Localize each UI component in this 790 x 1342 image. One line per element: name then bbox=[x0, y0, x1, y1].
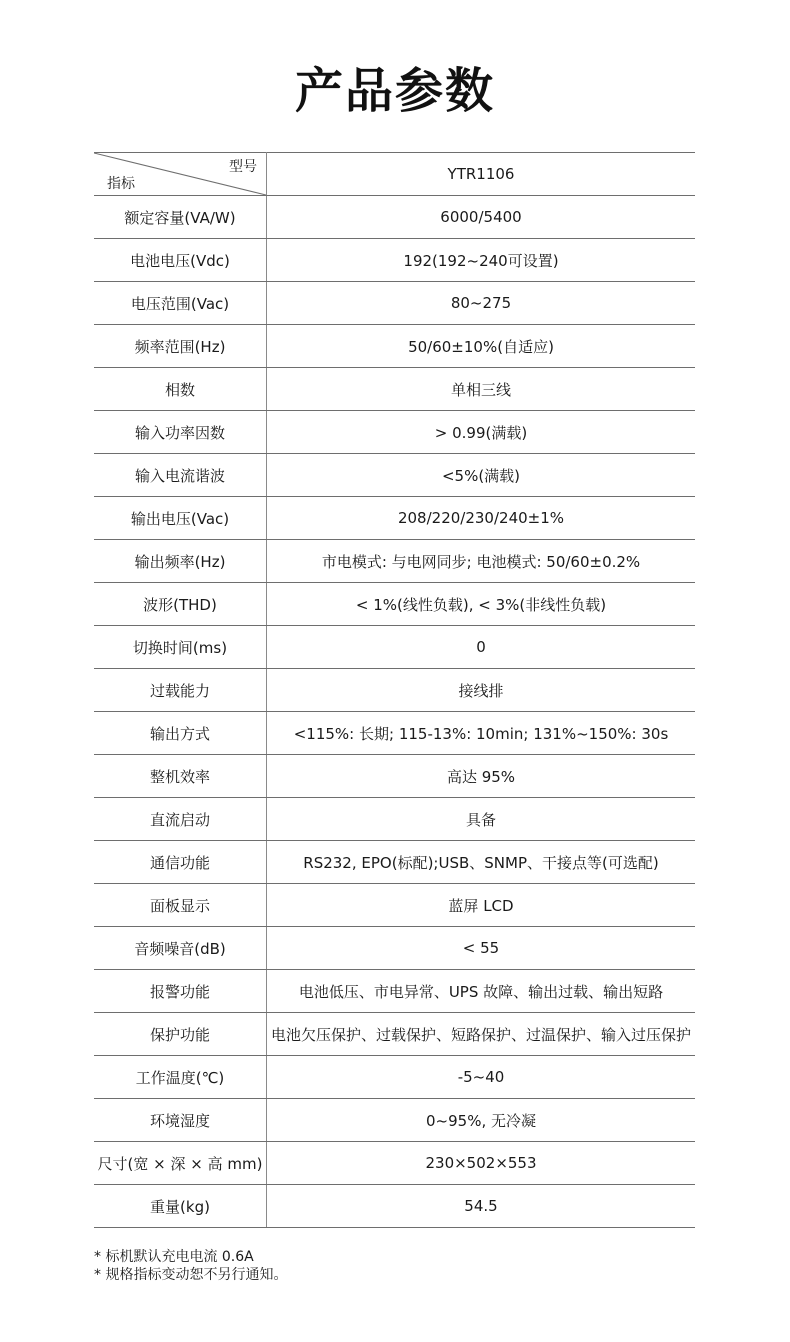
table-row: 重量(kg)54.5 bbox=[94, 1185, 695, 1228]
spec-value: 230×502×553 bbox=[267, 1142, 696, 1185]
table-row: 保护功能电池欠压保护、过载保护、短路保护、过温保护、输入过压保护 bbox=[94, 1013, 695, 1056]
table-row: 直流启动具备 bbox=[94, 798, 695, 841]
spec-label: 输出电压(Vac) bbox=[94, 497, 267, 540]
spec-value: 0 bbox=[267, 626, 696, 669]
spec-value: 50/60±10%(自适应) bbox=[267, 325, 696, 368]
table-row: 输出方式<115%: 长期; 115-13%: 10min; 131%~150%… bbox=[94, 712, 695, 755]
spec-value: > 0.99(满载) bbox=[267, 411, 696, 454]
table-row: 切换时间(ms)0 bbox=[94, 626, 695, 669]
spec-value: 蓝屏 LCD bbox=[267, 884, 696, 927]
spec-value: 市电模式: 与电网同步; 电池模式: 50/60±0.2% bbox=[267, 540, 696, 583]
table-row: 环境湿度0~95%, 无冷凝 bbox=[94, 1099, 695, 1142]
footnote: * 规格指标变动恕不另行通知。 bbox=[94, 1266, 287, 1284]
spec-value: 高达 95% bbox=[267, 755, 696, 798]
spec-label: 电压范围(Vac) bbox=[94, 282, 267, 325]
spec-value: 具备 bbox=[267, 798, 696, 841]
table-row: 工作温度(℃)-5~40 bbox=[94, 1056, 695, 1099]
spec-label: 直流启动 bbox=[94, 798, 267, 841]
header-diagonal-cell: 型号 指标 bbox=[94, 153, 267, 196]
table-row: 音频噪音(dB)< 55 bbox=[94, 927, 695, 970]
spec-label: 切换时间(ms) bbox=[94, 626, 267, 669]
spec-value: 单相三线 bbox=[267, 368, 696, 411]
page-title: 产品参数 bbox=[0, 56, 790, 126]
table-row: 频率范围(Hz)50/60±10%(自适应) bbox=[94, 325, 695, 368]
table-row: 整机效率高达 95% bbox=[94, 755, 695, 798]
table-row: 输出频率(Hz)市电模式: 与电网同步; 电池模式: 50/60±0.2% bbox=[94, 540, 695, 583]
spec-label: 通信功能 bbox=[94, 841, 267, 884]
table-row: 电压范围(Vac)80~275 bbox=[94, 282, 695, 325]
spec-label: 输出方式 bbox=[94, 712, 267, 755]
spec-value: 电池欠压保护、过载保护、短路保护、过温保护、输入过压保护 bbox=[267, 1013, 696, 1056]
spec-value: 192(192~240可设置) bbox=[267, 239, 696, 282]
footnote: * 标机默认充电电流 0.6A bbox=[94, 1248, 287, 1266]
spec-value: < 55 bbox=[267, 927, 696, 970]
spec-value: 80~275 bbox=[267, 282, 696, 325]
spec-label: 整机效率 bbox=[94, 755, 267, 798]
table-row: 输入功率因数> 0.99(满载) bbox=[94, 411, 695, 454]
spec-value: < 1%(线性负载), < 3%(非线性负载) bbox=[267, 583, 696, 626]
spec-label: 相数 bbox=[94, 368, 267, 411]
spec-value: <115%: 长期; 115-13%: 10min; 131%~150%: 30… bbox=[267, 712, 696, 755]
table-row: 相数单相三线 bbox=[94, 368, 695, 411]
spec-label: 频率范围(Hz) bbox=[94, 325, 267, 368]
spec-label: 重量(kg) bbox=[94, 1185, 267, 1228]
spec-label: 波形(THD) bbox=[94, 583, 267, 626]
table-row: 电池电压(Vdc)192(192~240可设置) bbox=[94, 239, 695, 282]
spec-value: 0~95%, 无冷凝 bbox=[267, 1099, 696, 1142]
spec-label: 保护功能 bbox=[94, 1013, 267, 1056]
header-model-label: 型号 bbox=[229, 156, 257, 176]
spec-label: 电池电压(Vdc) bbox=[94, 239, 267, 282]
spec-label: 环境湿度 bbox=[94, 1099, 267, 1142]
table-row: 通信功能RS232, EPO(标配);USB、SNMP、干接点等(可选配) bbox=[94, 841, 695, 884]
spec-label: 工作温度(℃) bbox=[94, 1056, 267, 1099]
spec-value: 接线排 bbox=[267, 669, 696, 712]
spec-table: 型号 指标 YTR1106 额定容量(VA/W)6000/5400电池电压(Vd… bbox=[94, 152, 695, 1228]
header-metric-label: 指标 bbox=[107, 173, 135, 193]
spec-label: 过载能力 bbox=[94, 669, 267, 712]
table-row: 波形(THD)< 1%(线性负载), < 3%(非线性负载) bbox=[94, 583, 695, 626]
spec-value: 208/220/230/240±1% bbox=[267, 497, 696, 540]
table-row: 过载能力接线排 bbox=[94, 669, 695, 712]
spec-value: -5~40 bbox=[267, 1056, 696, 1099]
footnotes: * 标机默认充电电流 0.6A * 规格指标变动恕不另行通知。 bbox=[94, 1248, 287, 1284]
table-row: 额定容量(VA/W)6000/5400 bbox=[94, 196, 695, 239]
table-header-row: 型号 指标 YTR1106 bbox=[94, 153, 695, 196]
spec-label: 尺寸(宽 × 深 × 高 mm) bbox=[94, 1142, 267, 1185]
table-row: 尺寸(宽 × 深 × 高 mm)230×502×553 bbox=[94, 1142, 695, 1185]
spec-label: 输入电流谐波 bbox=[94, 454, 267, 497]
spec-value: 54.5 bbox=[267, 1185, 696, 1228]
spec-value: <5%(满载) bbox=[267, 454, 696, 497]
table-row: 输入电流谐波<5%(满载) bbox=[94, 454, 695, 497]
spec-value: 电池低压、市电异常、UPS 故障、输出过载、输出短路 bbox=[267, 970, 696, 1013]
spec-value: 6000/5400 bbox=[267, 196, 696, 239]
spec-label: 输出频率(Hz) bbox=[94, 540, 267, 583]
spec-label: 额定容量(VA/W) bbox=[94, 196, 267, 239]
table-row: 报警功能电池低压、市电异常、UPS 故障、输出过载、输出短路 bbox=[94, 970, 695, 1013]
spec-value: RS232, EPO(标配);USB、SNMP、干接点等(可选配) bbox=[267, 841, 696, 884]
header-model-value: YTR1106 bbox=[267, 153, 696, 196]
spec-label: 音频噪音(dB) bbox=[94, 927, 267, 970]
spec-label: 面板显示 bbox=[94, 884, 267, 927]
spec-label: 输入功率因数 bbox=[94, 411, 267, 454]
table-row: 面板显示蓝屏 LCD bbox=[94, 884, 695, 927]
table-row: 输出电压(Vac)208/220/230/240±1% bbox=[94, 497, 695, 540]
spec-label: 报警功能 bbox=[94, 970, 267, 1013]
